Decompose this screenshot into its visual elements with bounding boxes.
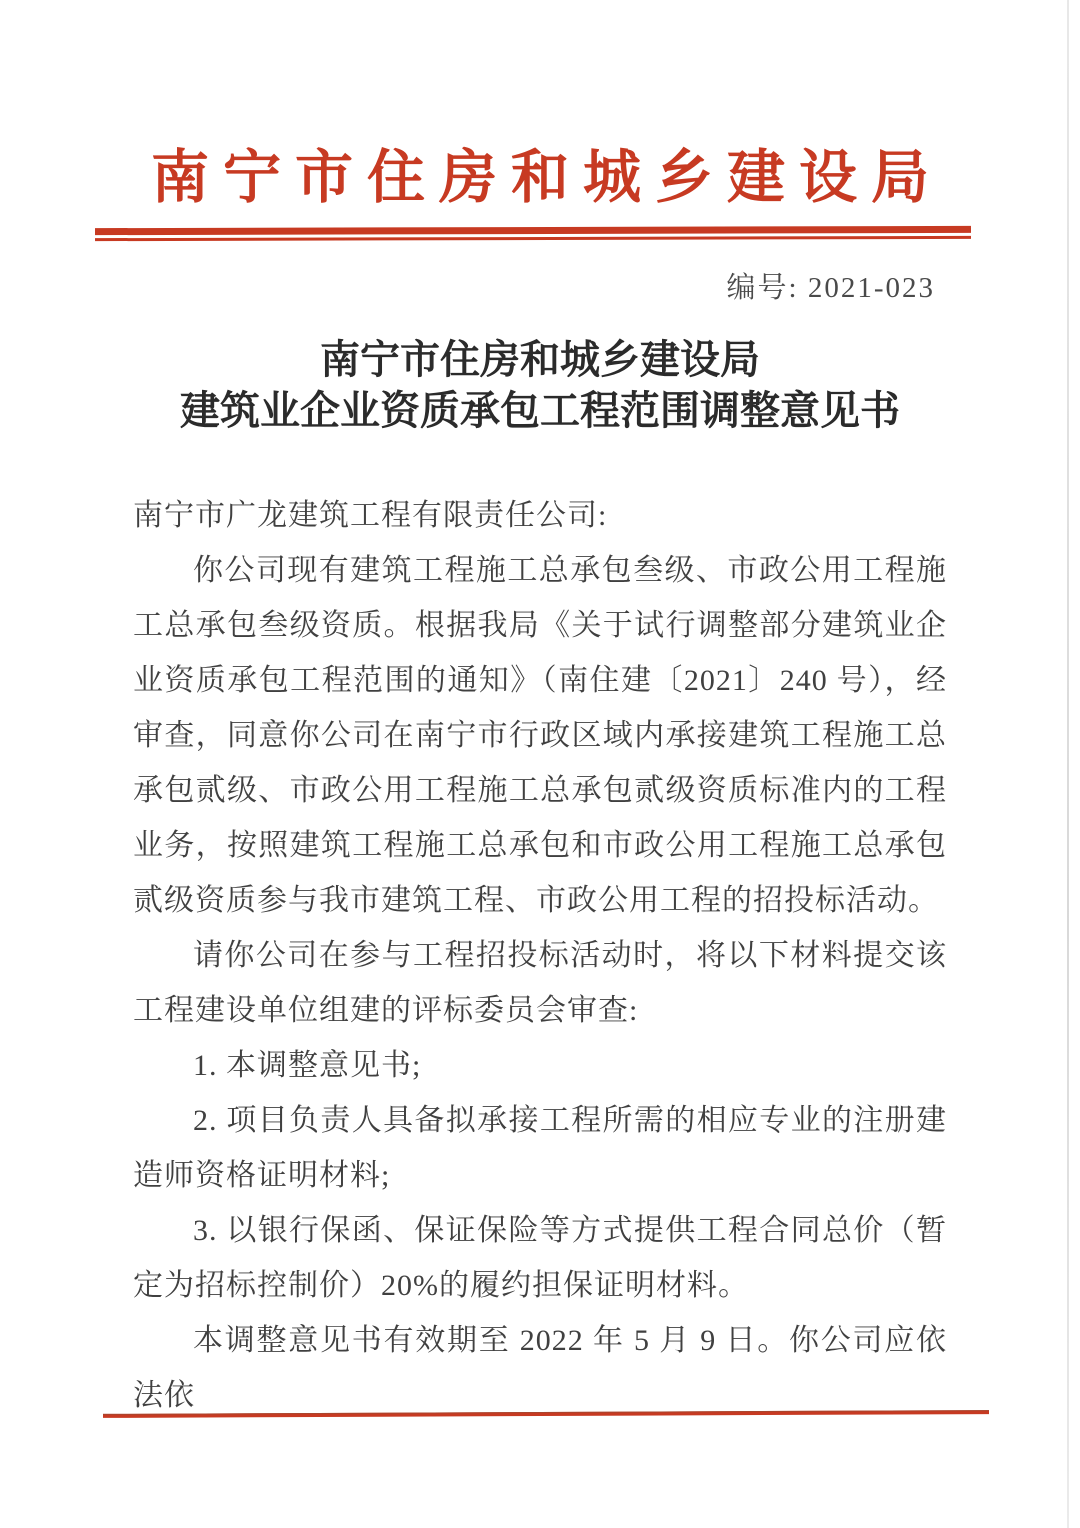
document-page: 南宁市住房和城乡建设局 编号: 2021-023 南宁市住房和城乡建设局 建筑业… <box>0 0 1080 1528</box>
agency-masthead: 南宁市住房和城乡建设局 <box>0 142 1080 214</box>
body-paragraph-list-item-2: 2. 项目负责人具备拟承接工程所需的相应专业的注册建造师资格证明材料; <box>133 1093 947 1203</box>
document-title: 南宁市住房和城乡建设局 建筑业企业资质承包工程范围调整意见书 <box>0 334 1080 436</box>
document-title-line1: 南宁市住房和城乡建设局 <box>0 334 1080 385</box>
page-edge-shadow <box>1067 0 1069 1528</box>
salutation: 南宁市广龙建筑工程有限责任公司: <box>133 488 947 543</box>
masthead-divider <box>95 226 971 241</box>
document-number: 编号: 2021-023 <box>727 267 935 309</box>
body-paragraph: 你公司现有建筑工程施工总承包叁级、市政公用工程施工总承包叁级资质。根据我局《关于… <box>133 543 947 928</box>
document-title-line2: 建筑业企业资质承包工程范围调整意见书 <box>0 385 1080 436</box>
body-paragraph-list-item-1: 1. 本调整意见书; <box>133 1038 947 1093</box>
letter-body: 南宁市广龙建筑工程有限责任公司: 你公司现有建筑工程施工总承包叁级、市政公用工程… <box>133 488 947 1423</box>
body-paragraph: 本调整意见书有效期至 2022 年 5 月 9 日。你公司应依法依 <box>133 1313 947 1423</box>
body-paragraph: 请你公司在参与工程招投标活动时，将以下材料提交该工程建设单位组建的评标委员会审查… <box>133 928 947 1038</box>
body-paragraph-list-item-3: 3. 以银行保函、保证保险等方式提供工程合同总价（暂定为招标控制价）20%的履约… <box>133 1203 947 1313</box>
